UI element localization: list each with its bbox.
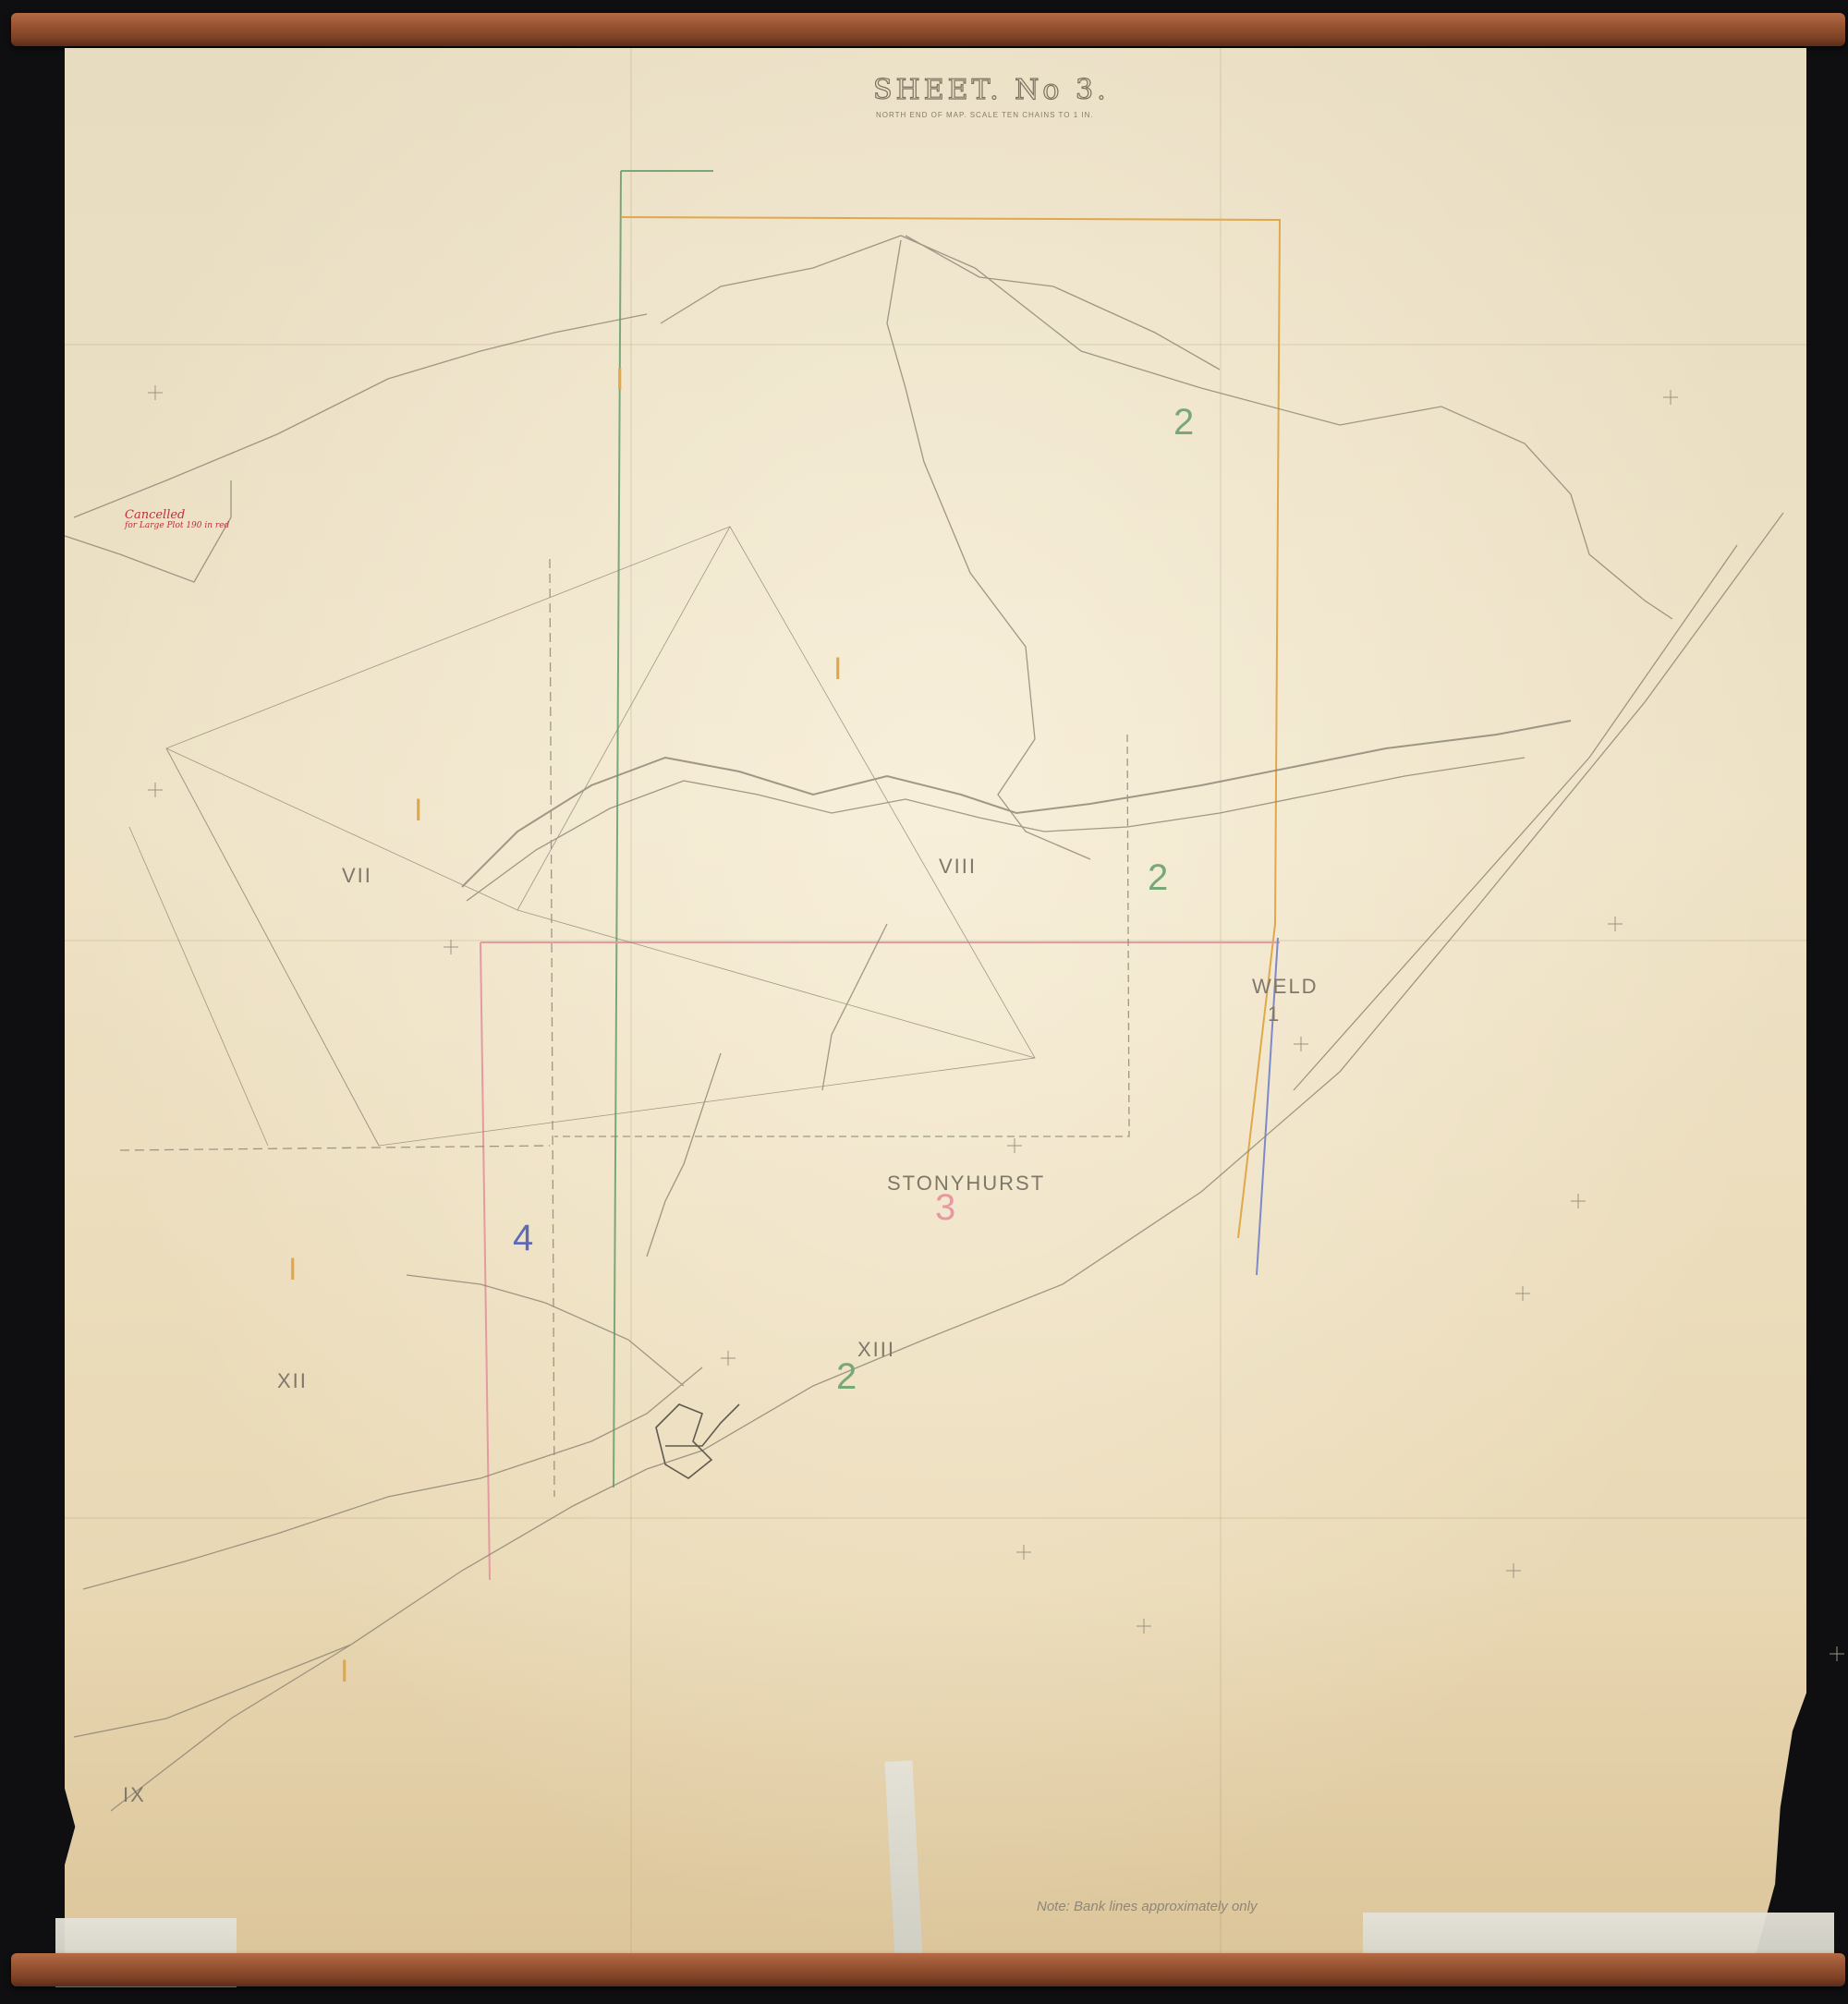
bottom-roller <box>11 1953 1845 1986</box>
sheet-title: SHEET. No 3. <box>873 74 1110 106</box>
region-number-stonyhurst: 3 <box>935 1187 955 1229</box>
orange-tick-4: I <box>288 1252 297 1288</box>
river-north-branch <box>906 236 1220 370</box>
cancelled-note-detail: for Large Plot 190 in red <box>125 521 229 530</box>
map-linework <box>0 0 1848 2004</box>
creek <box>647 1053 721 1257</box>
region-label-stonyhurst: STONYHURST <box>887 1172 1045 1196</box>
triangulation <box>166 748 1035 1058</box>
main-river <box>462 721 1571 887</box>
region-label-weld: WELD <box>1252 975 1319 999</box>
main-river-bank <box>467 758 1525 901</box>
roman-label-vii: VII <box>342 864 372 888</box>
dashed-boundary <box>554 735 1129 1136</box>
triangulation <box>166 527 1035 1146</box>
orange-tick-2: I <box>833 651 842 687</box>
region-number-weld: 1 <box>1268 1002 1281 1026</box>
number-2-south: 2 <box>836 1356 857 1398</box>
estuary <box>665 1404 739 1446</box>
roman-label-viii: VIII <box>939 855 977 879</box>
number-2-north: 2 <box>1173 402 1194 443</box>
road <box>407 1275 684 1386</box>
sheet-subtitle: NORTH END OF MAP. SCALE TEN CHAINS TO 1 … <box>876 111 1094 119</box>
triangulation <box>129 827 268 1146</box>
coastline <box>111 513 1783 1811</box>
pink-boundary <box>480 942 490 1580</box>
cancelled-note-title: Cancelled <box>125 508 185 522</box>
southwest-river <box>83 1367 702 1589</box>
triangulation <box>166 748 379 1146</box>
northwest-track <box>74 314 647 517</box>
number-4: 4 <box>513 1218 533 1259</box>
dashed-boundary <box>120 1146 550 1150</box>
footer-note: Note: Bank lines approximately only <box>1037 1899 1257 1914</box>
triangulation <box>517 527 730 910</box>
northwest-boundary <box>65 480 231 582</box>
southwest-river-2 <box>74 1645 351 1737</box>
orange-tick-1: I <box>615 362 624 398</box>
roman-label-xii: XII <box>277 1369 308 1393</box>
orange-tick-3: I <box>414 793 422 829</box>
river-north <box>661 236 1672 619</box>
creek <box>822 924 887 1090</box>
orange-tick-5: I <box>340 1654 348 1690</box>
pencil-track <box>887 240 1090 859</box>
number-2-middle: 2 <box>1148 857 1168 899</box>
roman-label-xiii: XIII <box>857 1338 895 1362</box>
estuary <box>656 1404 711 1478</box>
orange-boundary <box>621 217 1280 1238</box>
roman-label-ix: IX <box>123 1783 146 1807</box>
dashed-boundary <box>550 559 554 1497</box>
coast-inner <box>1294 545 1737 1090</box>
